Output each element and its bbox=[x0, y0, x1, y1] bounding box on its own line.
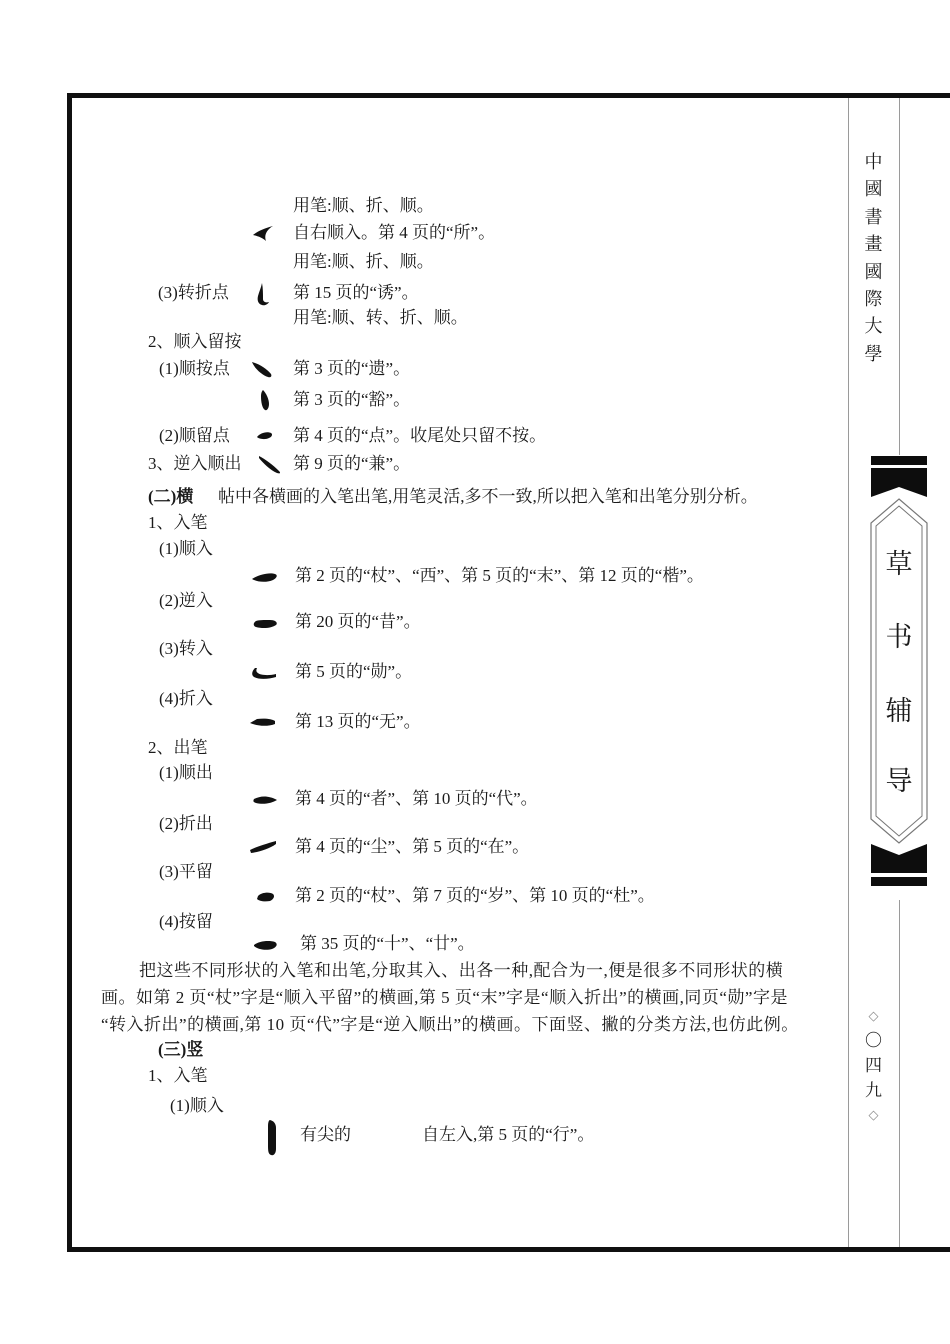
content-line: 把这些不同形状的入笔和出笔,分取其入、出各一种,配合为一,便是很多不同形状的横 bbox=[0, 961, 950, 981]
line-text: 第 3 页的“遗”。 bbox=[293, 359, 410, 379]
line-label: (2)顺留点 bbox=[159, 426, 230, 446]
paragraph-text: “转入折出”的横画,第 10 页“代”字是“逆入顺出”的横画。下面竖、撇的分类方… bbox=[101, 1015, 799, 1035]
page-number-diamond-icon: ◇ bbox=[848, 1103, 899, 1127]
line-text: 第 3 页的“豁”。 bbox=[293, 390, 410, 410]
line-label: (3)转入 bbox=[159, 639, 213, 659]
line-label: (二)横 bbox=[148, 487, 193, 507]
line-text: 有尖的 bbox=[300, 1125, 351, 1145]
content-line: (3)平留 bbox=[0, 862, 950, 882]
press-dot-teardrop-stroke-icon bbox=[259, 390, 270, 411]
content-line: (1)顺出 bbox=[0, 763, 950, 783]
content-line: 画。如第 2 页“杖”字是“顺入平留”的横画,第 5 页“末”字是“顺入折出”的… bbox=[0, 988, 950, 1008]
line-text: 第 4 页的“尘”、第 5 页的“在”。 bbox=[295, 837, 529, 857]
line-text: 第 35 页的“十”、“廿”。 bbox=[300, 934, 475, 954]
content-line: 用笔:顺、折、顺。 bbox=[0, 196, 950, 216]
page-number-column: ◇〇四九◇ bbox=[848, 1004, 899, 1127]
line-text: 用笔:顺、转、折、顺。 bbox=[293, 308, 468, 328]
line-text: 第 20 页的“昔”。 bbox=[295, 612, 421, 632]
content-line: (1)顺入 bbox=[0, 539, 950, 559]
turn-fold-dot-stroke-icon bbox=[254, 283, 270, 307]
institution-char: 書 bbox=[848, 204, 899, 231]
content-line: (3)转入 bbox=[0, 639, 950, 659]
heng-zhuan-entry-stroke-icon bbox=[250, 667, 277, 680]
line-text: 第 4 页的“者”、第 10 页的“代”。 bbox=[295, 789, 538, 809]
line-text: 用笔:顺、折、顺。 bbox=[293, 196, 434, 216]
content-line: 2、出笔 bbox=[0, 738, 950, 758]
content-line: “转入折出”的横画,第 10 页“代”字是“逆入顺出”的横画。下面竖、撇的分类方… bbox=[0, 1015, 950, 1035]
heng-an-liu-stroke-icon bbox=[253, 940, 278, 951]
page-number-char: 四 bbox=[848, 1053, 899, 1078]
content-line: 第 2 页的“杖”、第 7 页的“岁”、第 10 页的“杜”。 bbox=[0, 886, 950, 906]
badge-ribbon-top-icon bbox=[871, 468, 927, 497]
heng-shun-entry-stroke-icon bbox=[252, 572, 278, 583]
badge-title-char: 导 bbox=[869, 768, 929, 795]
line-text: 第 5 页的“勋”。 bbox=[295, 662, 412, 682]
content-line: (4)折入 bbox=[0, 689, 950, 709]
content-line: 第 35 页的“十”、“廿”。 bbox=[0, 934, 950, 954]
institution-char: 大 bbox=[848, 313, 899, 340]
line-label: (4)折入 bbox=[159, 689, 213, 709]
badge-title-char: 书 bbox=[869, 624, 929, 651]
content-line: 自右顺入。第 4 页的“所”。 bbox=[0, 223, 950, 243]
stay-dot-stroke-icon bbox=[256, 431, 273, 440]
heng-zhe-exit-stroke-icon bbox=[250, 841, 277, 853]
line-text: 用笔:顺、折、顺。 bbox=[293, 252, 434, 272]
content-line: 第 2 页的“杖”、“西”、第 5 页的“末”、第 12 页的“楷”。 bbox=[0, 566, 950, 586]
line-label: 1、入笔 bbox=[148, 513, 208, 533]
content-line: 1、入笔 bbox=[0, 1066, 950, 1086]
content-line: (三)竖 bbox=[0, 1040, 950, 1060]
heng-ni-entry-stroke-icon bbox=[252, 618, 278, 629]
content-line: (2)逆入 bbox=[0, 591, 950, 611]
book-page-scan: 用笔:顺、折、顺。自右顺入。第 4 页的“所”。用笔:顺、折、顺。(3)转折点第… bbox=[0, 0, 950, 1344]
content-line: 第 5 页的“勋”。 bbox=[0, 662, 950, 682]
content-line: 第 4 页的“尘”、第 5 页的“在”。 bbox=[0, 837, 950, 857]
line-label: (1)顺入 bbox=[170, 1096, 224, 1116]
line-label: (1)顺出 bbox=[159, 763, 213, 783]
badge-title-char: 辅 bbox=[869, 698, 929, 725]
institution-char: 國 bbox=[848, 259, 899, 286]
line-text: 自左入,第 5 页的“行”。 bbox=[422, 1125, 594, 1145]
content-line: 用笔:顺、转、折、顺。 bbox=[0, 308, 950, 328]
content-line: (1)顺按点第 3 页的“遗”。 bbox=[0, 359, 950, 379]
line-text: 第 15 页的“诱”。 bbox=[293, 283, 419, 303]
line-text: 自右顺入。第 4 页的“所”。 bbox=[293, 223, 495, 243]
press-dot-stroke-icon bbox=[251, 361, 273, 378]
content-line: 1、入笔 bbox=[0, 513, 950, 533]
line-text: 第 2 页的“杖”、“西”、第 5 页的“末”、第 12 页的“楷”。 bbox=[295, 566, 704, 586]
content-line: 有尖的自左入,第 5 页的“行”。 bbox=[0, 1125, 950, 1145]
content-line: 第 4 页的“者”、第 10 页的“代”。 bbox=[0, 789, 950, 809]
page-number-diamond-icon: ◇ bbox=[848, 1004, 899, 1028]
content-line: (2)折出 bbox=[0, 814, 950, 834]
line-text: 第 13 页的“无”。 bbox=[295, 712, 421, 732]
badge-ribbon-bottom-icon bbox=[871, 844, 927, 873]
line-text: 第 2 页的“杖”、第 7 页的“岁”、第 10 页的“杜”。 bbox=[295, 886, 655, 906]
shu-shun-entry-stroke-icon bbox=[266, 1120, 278, 1156]
line-text: 帖中各横画的入笔出笔,用笔灵活,多不一致,所以把入笔和出笔分别分析。 bbox=[218, 487, 758, 507]
line-label: (1)顺入 bbox=[159, 539, 213, 559]
institution-char: 際 bbox=[848, 286, 899, 313]
heng-ping-liu-stroke-icon bbox=[256, 892, 275, 902]
heng-shun-exit-stroke-icon bbox=[252, 795, 278, 806]
institution-char: 國 bbox=[848, 176, 899, 203]
institution-char: 中 bbox=[848, 149, 899, 176]
content-line: (4)按留 bbox=[0, 912, 950, 932]
badge-top-bar-icon bbox=[871, 456, 927, 465]
reverse-enter-stroke-icon bbox=[258, 455, 281, 474]
content-line: 3、逆入顺出第 9 页的“兼”。 bbox=[0, 454, 950, 474]
content-line: (二)横帖中各横画的入笔出笔,用笔灵活,多不一致,所以把入笔和出笔分别分析。 bbox=[0, 487, 950, 507]
paragraph-text: 画。如第 2 页“杖”字是“顺入平留”的横画,第 5 页“末”字是“顺入折出”的… bbox=[101, 988, 788, 1008]
line-label: (3)平留 bbox=[159, 862, 213, 882]
content-line: 第 13 页的“无”。 bbox=[0, 712, 950, 732]
content-line: 2、顺入留按 bbox=[0, 332, 950, 352]
series-badge: 草书辅导 bbox=[869, 456, 929, 887]
content-line: 第 3 页的“豁”。 bbox=[0, 390, 950, 410]
heng-zhe-entry-stroke-icon bbox=[250, 718, 276, 728]
line-text: 第 4 页的“点”。收尾处只留不按。 bbox=[293, 426, 546, 446]
content-line: (1)顺入 bbox=[0, 1096, 950, 1116]
line-label: (2)折出 bbox=[159, 814, 213, 834]
line-label: 3、逆入顺出 bbox=[148, 454, 242, 474]
content-line: 第 20 页的“昔”。 bbox=[0, 612, 950, 632]
right-entry-dot-stroke-icon bbox=[252, 225, 274, 241]
page-number-char: 〇 bbox=[848, 1028, 899, 1053]
line-label: (2)逆入 bbox=[159, 591, 213, 611]
line-label: (1)顺按点 bbox=[159, 359, 230, 379]
content-line: 用笔:顺、折、顺。 bbox=[0, 252, 950, 272]
content-line: (2)顺留点第 4 页的“点”。收尾处只留不按。 bbox=[0, 426, 950, 446]
institution-name-vertical: 中國書畫國際大學 bbox=[848, 149, 899, 368]
line-label: 2、出笔 bbox=[148, 738, 208, 758]
institution-char: 畫 bbox=[848, 231, 899, 258]
line-label: (3)转折点 bbox=[158, 283, 229, 303]
badge-bottom-bar-icon bbox=[871, 877, 927, 886]
badge-title-char: 草 bbox=[869, 551, 929, 578]
page-number-char: 九 bbox=[848, 1078, 899, 1103]
content-line: (3)转折点第 15 页的“诱”。 bbox=[0, 283, 950, 303]
line-label: (三)竖 bbox=[158, 1040, 203, 1060]
line-label: 1、入笔 bbox=[148, 1066, 208, 1086]
institution-char: 學 bbox=[848, 341, 899, 368]
line-label: 2、顺入留按 bbox=[148, 332, 242, 352]
paragraph-text: 把这些不同形状的入笔和出笔,分取其入、出各一种,配合为一,便是很多不同形状的横 bbox=[139, 961, 783, 981]
series-badge-ornament-icon bbox=[869, 456, 929, 887]
line-label: (4)按留 bbox=[159, 912, 213, 932]
line-text: 第 9 页的“兼”。 bbox=[293, 454, 410, 474]
